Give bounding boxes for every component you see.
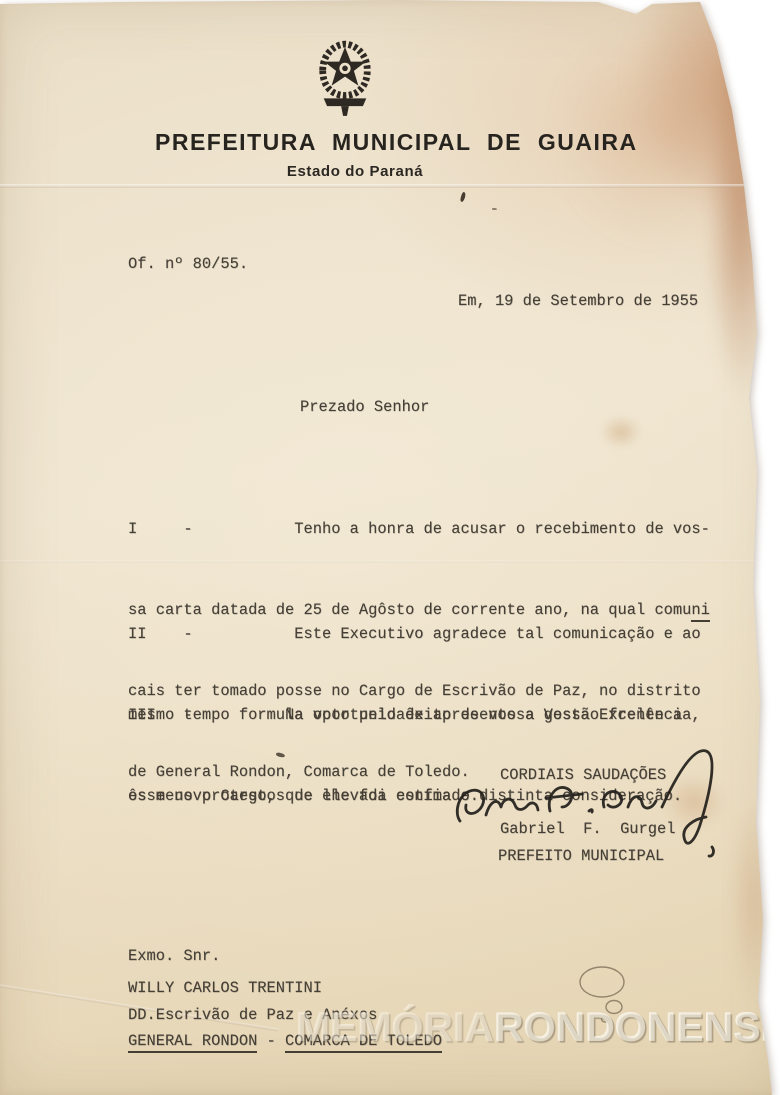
addressee-name: WILLY CARLOS TRENTINI (128, 975, 322, 1002)
fold-line-top (0, 184, 780, 188)
paragraph-2-line-1: II - Este Executivo agradece tal comunic… (128, 621, 701, 648)
addressee-role: DD.Escrivão de Paz e Anéxos (128, 1002, 377, 1029)
letterhead-subtitle: Estado do Paraná (155, 163, 555, 180)
paragraph-3-line-1: III - Na oportunidade apresento a Vossa … (128, 702, 701, 729)
stain-small-spot-1 (600, 415, 642, 449)
handwritten-signature (452, 743, 752, 873)
ink-speck-2 (492, 208, 497, 210)
paper-sheet: PREFEITURA MUNICIPAL DE GUAIRA Estado do… (0, 0, 780, 1095)
destination-separator: - (257, 1032, 285, 1050)
coat-of-arms-icon (314, 38, 376, 120)
thought-bubble-doodle (572, 958, 632, 1028)
date-line: Em, 19 de Setembro de 1955 (458, 288, 698, 315)
salutation: Prezado Senhor (300, 394, 429, 421)
destination-district: GENERAL RONDON (128, 1032, 257, 1053)
letterhead-title: PREFEITURA MUNICIPAL DE GUAIRA (155, 129, 555, 156)
watermark-rondonense: RONDONENSE (494, 1004, 780, 1050)
stain-torn-edge (706, 40, 776, 400)
destination-comarca: COMARCA DE TOLEDO (285, 1032, 442, 1053)
addressee-destination: GENERAL RONDON - COMARCA DE TOLEDO (128, 1028, 442, 1055)
stain-top-right-corner (630, 0, 780, 220)
reference-number: Of. nº 80/55. (128, 251, 248, 278)
paragraph-1-line-1: I - Tenho a honra de acusar o recebiment… (128, 516, 710, 543)
ink-speck-1 (460, 192, 467, 203)
addressee-honorific: Exmo. Snr. (128, 943, 220, 970)
